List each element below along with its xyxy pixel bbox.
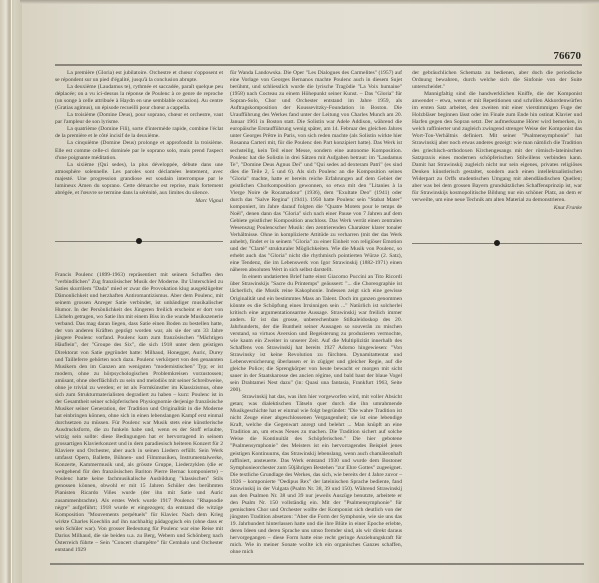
divider-dot-icon xyxy=(494,240,500,246)
french-paragraph: La première (Gloria) est jubilatoire. Or… xyxy=(55,70,223,84)
divider-dot-icon xyxy=(136,238,142,244)
liner-notes-page: 76670 La première (Gloria) est jubilatoi… xyxy=(0,0,599,583)
section-divider-right xyxy=(412,243,582,244)
footer-rule xyxy=(50,563,584,565)
german-paragraph: In einem undatierten Brief hatte einst G… xyxy=(230,274,402,394)
header-rule xyxy=(55,64,582,66)
german-author-signature: Knut Franke xyxy=(412,205,582,212)
german-paragraph: für Wanda Landowska. Die Oper "Les Dialo… xyxy=(230,70,402,274)
german-notes-column-1: Francis Poulenc (1899-1963) repräsentier… xyxy=(55,272,223,554)
section-divider-left xyxy=(55,241,223,242)
french-paragraph: La quatrième (Domine Fili), sorte d'inte… xyxy=(55,126,223,140)
binding-edge xyxy=(0,0,22,583)
french-paragraph: La deuxième (Laudamus te), rythmée et sa… xyxy=(55,84,223,112)
page-top-shadow xyxy=(20,0,599,4)
french-paragraph: La sixième (Qui sedes), la plus développ… xyxy=(55,162,223,197)
german-notes-column-2: für Wanda Landowska. Die Oper "Les Dialo… xyxy=(230,70,402,556)
french-notes: La première (Gloria) est jubilatoire. Or… xyxy=(55,70,223,205)
french-author-signature: Marc Vignal xyxy=(55,198,223,205)
german-paragraph: Francis Poulenc (1899-1963) repräsentier… xyxy=(55,272,223,554)
german-paragraph: Mannigfaltig sind die handwerklichen Kni… xyxy=(412,91,582,204)
german-notes-column-3: der gebräuchlichen Schemata zu bedienen,… xyxy=(412,70,582,212)
german-paragraph: der gebräuchlichen Schemata zu bedienen,… xyxy=(412,70,582,91)
french-paragraph: La cinquième (Domine Deus) prolonge et a… xyxy=(55,140,223,161)
german-paragraph: Strawinskij hat das, was ihm hier vorgew… xyxy=(230,394,402,556)
french-paragraph: La troisième (Domine Deus), pour soprano… xyxy=(55,112,223,126)
catalog-number: 76670 xyxy=(554,50,582,62)
